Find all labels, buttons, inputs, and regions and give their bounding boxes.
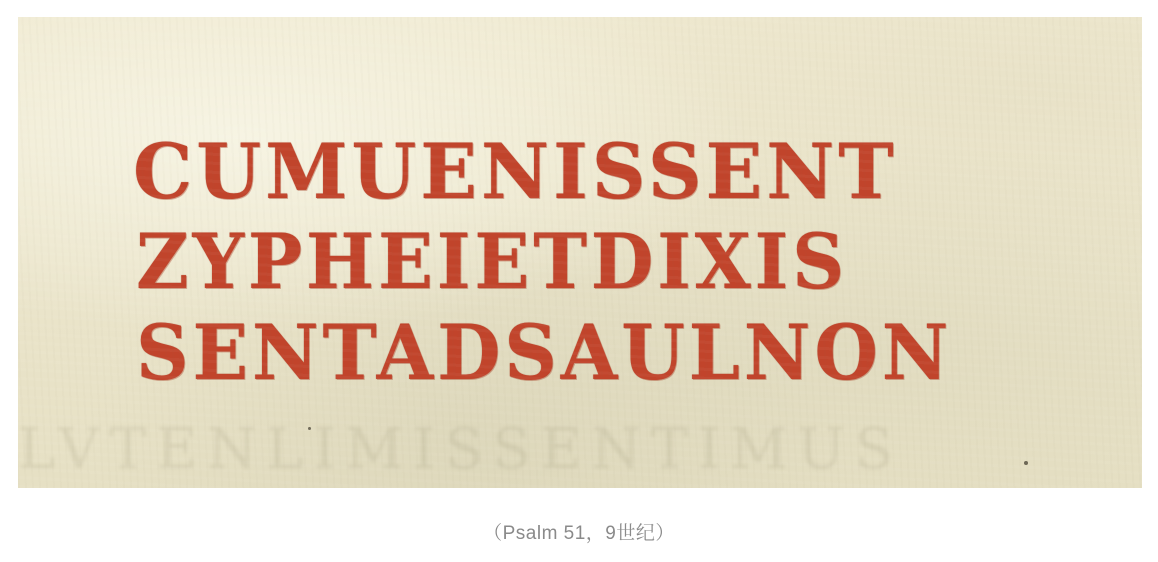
manuscript-line-1: CUMUENISSENT bbox=[133, 134, 898, 210]
faded-bleedthrough-text: LVTENLIMISSENTIMUS bbox=[18, 417, 1142, 482]
manuscript-line-2: ZYPHEIETDIXIS bbox=[136, 224, 848, 300]
parchment-speck bbox=[1024, 461, 1028, 465]
manuscript-image: LVTENLIMISSENTIMUS CUMUENISSENT ZYPHEIET… bbox=[18, 17, 1142, 488]
figure-caption: （Psalm 51，9世纪） bbox=[0, 518, 1158, 545]
parchment-speck bbox=[308, 427, 311, 430]
manuscript-line-3: SENTADSAULNON bbox=[136, 315, 952, 391]
